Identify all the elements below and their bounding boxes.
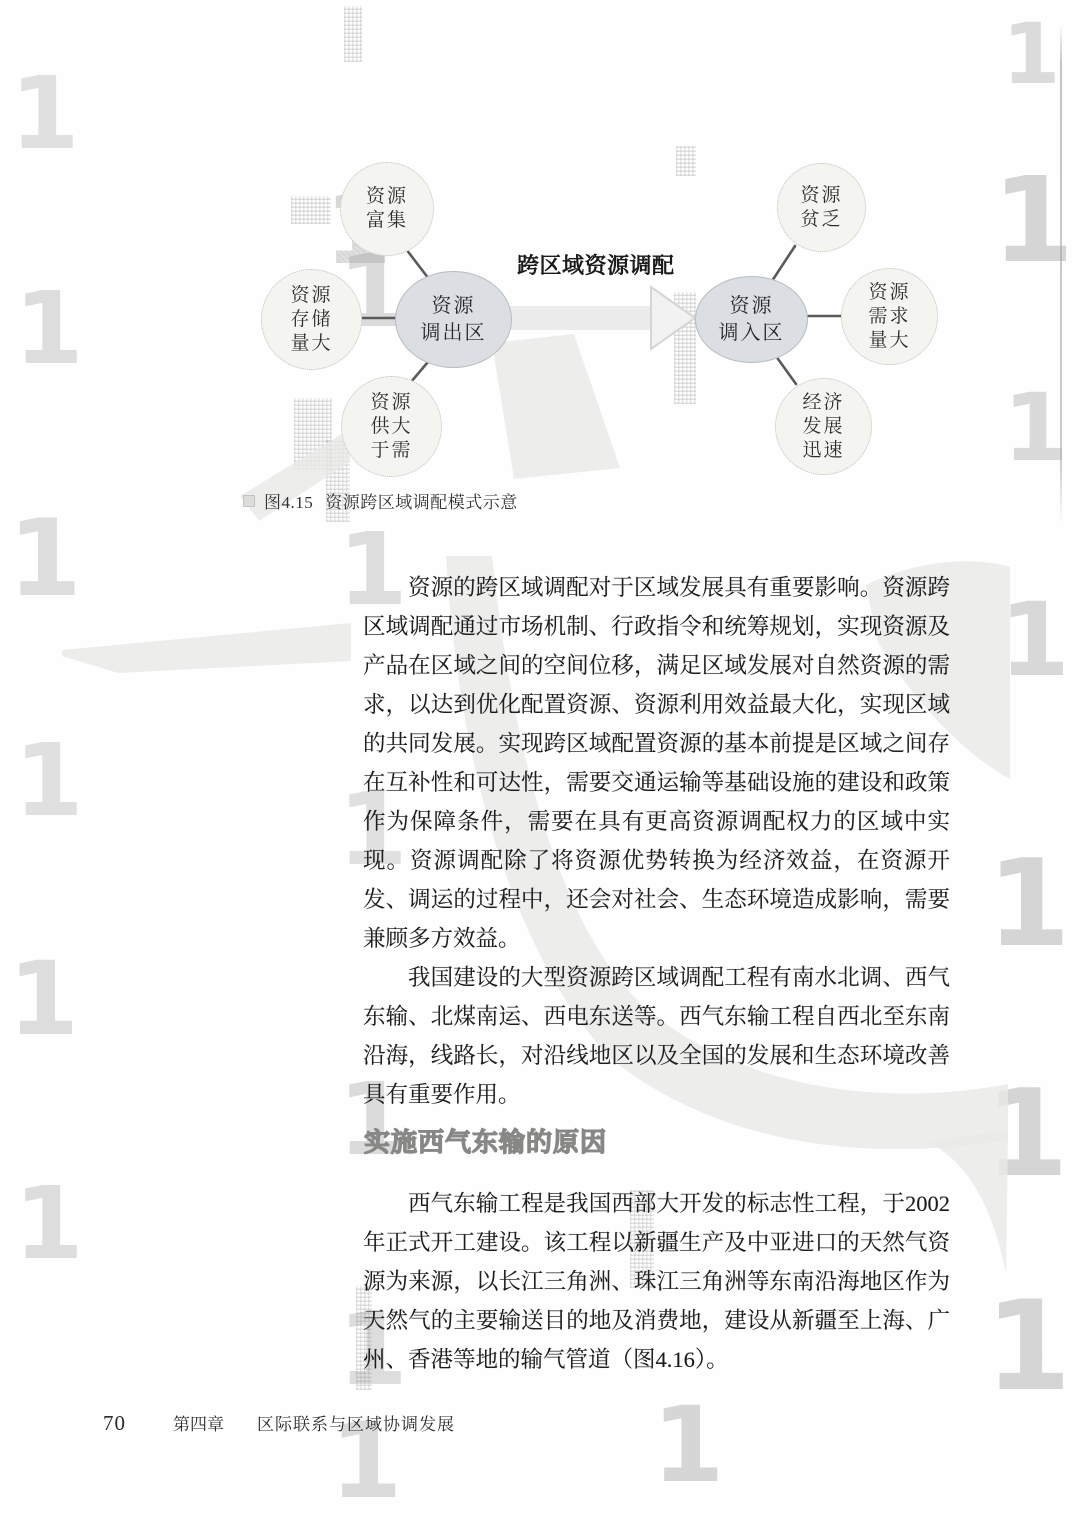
body-text-block-2: 西气东输工程是我国西部大开发的标志性工程，于2002年正式开工建设。该工程以新疆…: [363, 1184, 950, 1379]
paragraph-resource-allocation: 资源的跨区域调配对于区域发展具有重要影响。资源跨区域调配通过市场机制、行政指令和…: [363, 568, 950, 958]
factor-bubble-resource-poor: 资源 贫乏: [777, 163, 866, 252]
footer-chapter: 第四章: [173, 1410, 224, 1435]
node-resource-import-area: 资源 调入区: [695, 276, 808, 363]
body-text-block-1: 资源的跨区域调配对于区域发展具有重要影响。资源跨区域调配通过市场机制、行政指令和…: [363, 568, 950, 1114]
section-heading: 实施西气东输的原因: [364, 1122, 607, 1159]
figure-caption-text: 资源跨区域调配模式示意: [325, 488, 518, 513]
figure-caption: 图4.15 资源跨区域调配模式示意: [243, 488, 518, 513]
factor-bubble-resource-rich: 资源 富集: [340, 162, 434, 256]
page-edge-scan-line: [1060, 24, 1062, 524]
paragraph-west-east-gas-project: 西气东输工程是我国西部大开发的标志性工程，于2002年正式开工建设。该工程以新疆…: [363, 1184, 950, 1379]
factor-bubble-supply-exceeds-demand: 资源 供大 于需: [341, 376, 442, 477]
figure-marker-square-icon: [243, 495, 255, 507]
factor-bubble-rapid-economic-growth: 经济 发展 迅速: [775, 378, 872, 475]
arrow-label: 跨区域资源调配: [517, 249, 687, 280]
page-number: 70: [103, 1411, 126, 1436]
node-resource-export-area: 资源 调出区: [395, 271, 512, 368]
factor-bubble-large-reserves: 资源 存储 量大: [261, 269, 362, 370]
paragraph-major-projects: 我国建设的大型资源跨区域调配工程有南水北调、西气东输、北煤南运、西电东送等。西气…: [363, 958, 950, 1114]
figure-caption-label: 图4.15: [264, 488, 313, 513]
factor-bubble-large-demand: 资源 需求 量大: [841, 268, 938, 365]
page-footer: 70 第四章 区际联系与区域协调发展: [103, 1410, 455, 1436]
footer-chapter-title: 区际联系与区域协调发展: [257, 1410, 455, 1435]
textbook-page: 1 1 1 1 1 1 1 1 1 1 1 1 1 1 1 1 1 1 1 1 …: [0, 0, 1080, 1527]
